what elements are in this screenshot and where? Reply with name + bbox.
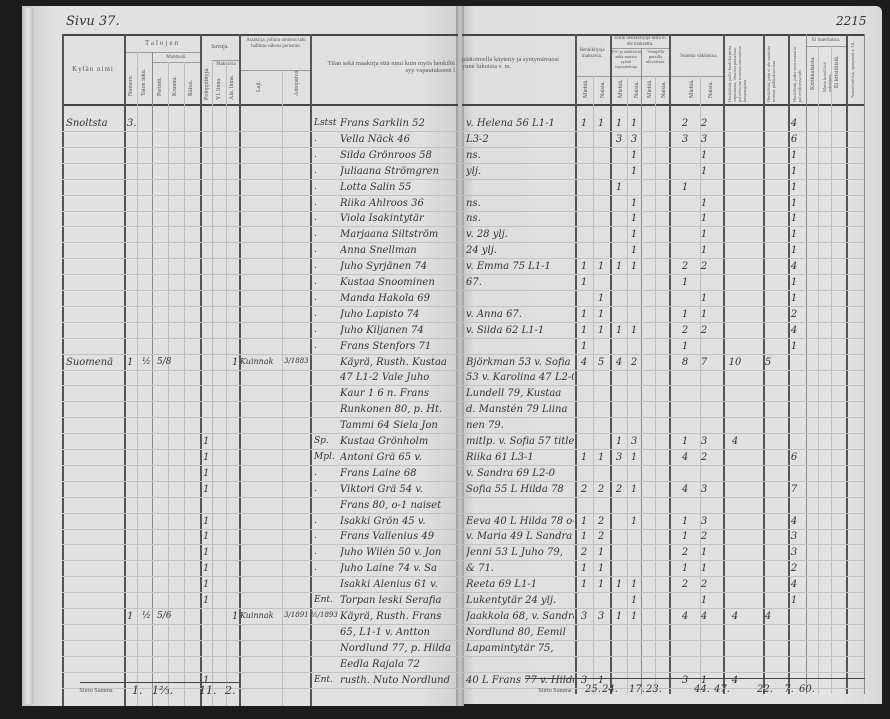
count-s-n: 1 bbox=[695, 150, 713, 161]
count-hm-m: 2 bbox=[575, 484, 593, 495]
count-hm-n: 2 bbox=[592, 484, 610, 495]
person-name: Kustaa Grönholm bbox=[340, 436, 428, 447]
person-name: Frans Laine 68 bbox=[340, 468, 417, 479]
count-ase: 1 bbox=[785, 213, 803, 224]
person-title: Ent. bbox=[314, 675, 333, 685]
person-title: . bbox=[314, 261, 317, 271]
count-v-n: 1 bbox=[625, 150, 643, 161]
entry-continuation: v. Silda 62 L1-1 bbox=[466, 325, 544, 336]
count-v-n: 3 bbox=[625, 436, 643, 447]
person-name: Juho Kiljanen 74 bbox=[340, 325, 424, 336]
doc-type: Kuinnak bbox=[240, 611, 273, 620]
count-s-n: 1 bbox=[695, 245, 713, 256]
header-miehia-2: Miehiä. bbox=[618, 82, 624, 98]
header-naisia-1: Naisia. bbox=[600, 82, 606, 98]
header-number: Numero. bbox=[128, 66, 134, 96]
entry-continuation: 24 ylj. bbox=[466, 245, 497, 256]
person-name: Manda Hakola 69 bbox=[340, 293, 430, 304]
house-number: 1 bbox=[127, 357, 133, 368]
page-number: 2215 bbox=[836, 14, 867, 28]
person-name: Viktori Grä 54 v. bbox=[340, 484, 423, 495]
header-kruunu: Kruunu. bbox=[172, 70, 178, 96]
house-number: 3. bbox=[127, 118, 137, 129]
count-s-m: 1 bbox=[676, 341, 694, 352]
entry-continuation: 53 v. Karolina 47 L2-0 bbox=[466, 372, 574, 383]
person-title: . bbox=[314, 182, 317, 192]
header-village-name: Kylän nimi bbox=[64, 66, 122, 74]
person-title: Ent. bbox=[314, 595, 333, 605]
entry-continuation: v. Maria 49 L Sandra 77 bbox=[466, 531, 574, 542]
count-v-n: 3 bbox=[625, 134, 643, 145]
header-col-b: Henkilöitä, joita ei ole mainittu muissa… bbox=[766, 38, 776, 102]
count-s-n: 2 bbox=[695, 452, 713, 463]
count-s-n: 1 bbox=[695, 198, 713, 209]
count-v-n: 1 bbox=[625, 245, 643, 256]
header-summa: Summa väkilukua. bbox=[680, 54, 718, 60]
header-tila: Tilan sekä maakirja että nimi kuin myös … bbox=[325, 60, 455, 74]
count-a: 4 bbox=[726, 611, 744, 622]
count-s-m: 4 bbox=[676, 452, 694, 463]
person-name: Isakki Grön 45 v. bbox=[340, 516, 426, 527]
footer-hm-m: 25. bbox=[584, 684, 602, 695]
person-name: Vella Näck 46 bbox=[340, 134, 410, 145]
entry-continuation: ns. bbox=[466, 198, 481, 209]
entry-continuation: d. Manstén 79 Liina bbox=[466, 404, 567, 415]
count-hm-m: 1 bbox=[575, 261, 593, 272]
count-ase: 1 bbox=[785, 341, 803, 352]
house-number: 1 bbox=[127, 611, 133, 622]
count-hm-n: 2 bbox=[592, 531, 610, 542]
manttaali-share: 5/8 bbox=[157, 357, 171, 367]
count-hm-m: 1 bbox=[575, 277, 593, 288]
count-hm-m: 1 bbox=[575, 118, 593, 129]
person-name: Tammi 64 Siela Jon bbox=[340, 420, 438, 431]
entry-continuation: Reeta 69 L1-1 bbox=[466, 579, 537, 590]
person-name: Marjaana Siltström bbox=[340, 229, 438, 240]
entry-continuation: Eeva 40 L Hilda 78 o-1 bbox=[466, 516, 574, 527]
count-s-m: 1 bbox=[676, 182, 694, 193]
house-share: ½ bbox=[142, 611, 151, 621]
entry-continuation: v. Emma 75 L1-1 bbox=[466, 261, 551, 272]
count-ase: 4 bbox=[785, 325, 803, 336]
entry-continuation: Riika 61 L3-1 bbox=[466, 452, 534, 463]
footer-b: 7. bbox=[780, 684, 798, 695]
count-v-n: 1 bbox=[625, 166, 643, 177]
entry-continuation: Jenni 53 L Juho 79, bbox=[466, 547, 563, 558]
person-title: . bbox=[314, 229, 317, 239]
person-name: Lotta Salin 55 bbox=[340, 182, 411, 193]
entry-continuation: Sofia 55 L Hilda 78 bbox=[466, 484, 564, 495]
count-s-m: 2 bbox=[676, 118, 694, 129]
footer-hm-n: 24. bbox=[601, 684, 619, 695]
doc-date: 3/1883 bbox=[284, 357, 309, 365]
savuja-count: 1 bbox=[203, 531, 209, 542]
count-s-m: 2 bbox=[676, 579, 694, 590]
count-ase: 1 bbox=[785, 245, 803, 256]
header-miehia-1: Miehiä. bbox=[583, 82, 589, 98]
count-hm-m: 1 bbox=[575, 341, 593, 352]
count-s-n: 1 bbox=[695, 166, 713, 177]
census-ledger-spread: Sivu 37. Kylän nimi Talojen Manttaali. N… bbox=[0, 0, 890, 719]
header-tila-cont: päätoimella käytetty ja syntymävuosi yun… bbox=[462, 56, 567, 70]
count-ase: 4 bbox=[785, 579, 803, 590]
header-yli-linna: Yl. linna. bbox=[216, 72, 222, 100]
person-name: Juho Lapisto 74 bbox=[340, 309, 419, 320]
entry-continuation: ns. bbox=[466, 213, 481, 224]
person-title: . bbox=[314, 213, 317, 223]
count-ase: 1 bbox=[785, 150, 803, 161]
count-ase: 3 bbox=[785, 547, 803, 558]
count-hm-n: 1 bbox=[592, 325, 610, 336]
header-miehia-4: Miehiä. bbox=[689, 82, 695, 98]
header-col-a: Henkilöitä, joille henkikirjoista vapaut… bbox=[727, 38, 747, 102]
count-v-n: 2 bbox=[625, 357, 643, 368]
person-name: Kaur 1 6 n. Frans bbox=[340, 388, 429, 399]
count-s-n: 1 bbox=[695, 595, 713, 606]
count-s-n: 1 bbox=[695, 293, 713, 304]
header-naisia-4: Naisia. bbox=[708, 82, 714, 98]
header-antopaiva: Antopäivä. bbox=[294, 74, 300, 96]
header-jotka-eivat: Joille henkikirjoja tästä ei ole maksett… bbox=[611, 36, 669, 47]
count-s-n: 3 bbox=[695, 484, 713, 495]
entry-continuation: mitlp. v. Sofia 57 titler bbox=[466, 436, 574, 447]
person-name: rusth. Nuto Nordlund bbox=[340, 675, 450, 686]
entry-continuation: v. Anna 67. bbox=[466, 309, 522, 320]
footer-s-m: 44. bbox=[693, 684, 711, 695]
person-title: . bbox=[314, 277, 317, 287]
count-b: 5 bbox=[759, 357, 777, 368]
footer-s-n: 47. bbox=[713, 684, 731, 695]
entry-continuation: v. Sandra 69 L2-0 bbox=[466, 468, 555, 479]
person-title: . bbox=[314, 341, 317, 351]
savuja-count: 1 bbox=[203, 595, 209, 606]
village-name: Suomenä bbox=[66, 357, 113, 368]
person-title: Lstst bbox=[314, 118, 336, 128]
person-title: . bbox=[314, 516, 317, 526]
count-s-n: 1 bbox=[695, 563, 713, 574]
person-name: Frans Vallenius 49 bbox=[340, 531, 434, 542]
count-s-m: 3 bbox=[676, 675, 694, 686]
person-title: . bbox=[314, 531, 317, 541]
count-s-m: 1 bbox=[676, 531, 694, 542]
count-ase: 1 bbox=[785, 229, 803, 240]
header-miehia-3: Miehiä. bbox=[647, 82, 653, 98]
header-house-name: Talon luku. bbox=[141, 66, 147, 96]
person-title: Sp. bbox=[314, 436, 329, 446]
count-s-m: 2 bbox=[676, 547, 694, 558]
count-ase: 1 bbox=[785, 277, 803, 288]
person-title: . bbox=[314, 309, 317, 319]
count-ase: 1 bbox=[785, 166, 803, 177]
count-s-m: 4 bbox=[676, 484, 694, 495]
count-s-n: 3 bbox=[695, 436, 713, 447]
count-hm-m: 1 bbox=[575, 579, 593, 590]
footer-house-total: 1⅔. bbox=[152, 684, 173, 697]
person-title: . bbox=[314, 484, 317, 494]
savuja-count: 1 bbox=[203, 579, 209, 590]
count-hm-m: 1 bbox=[575, 325, 593, 336]
footer-a: 22. bbox=[756, 684, 774, 695]
header-el-luterilaisia: Ei luterilaisia. bbox=[806, 38, 846, 44]
person-title: . bbox=[314, 150, 317, 160]
count-s-n: 2 bbox=[695, 531, 713, 542]
entry-continuation: Lapamintytär 75, bbox=[466, 643, 554, 654]
count-v-n: 1 bbox=[625, 229, 643, 240]
savuja-count: 1 bbox=[203, 468, 209, 479]
count-hm-m: 3 bbox=[575, 611, 593, 622]
person-name: Käyrä, Rusth. Kustaa bbox=[340, 357, 447, 368]
count-v-n: 1 bbox=[625, 118, 643, 129]
count-ase: 6 bbox=[785, 452, 803, 463]
count-ase: 6 bbox=[785, 134, 803, 145]
person-name: Frans Stenfors 71 bbox=[340, 341, 431, 352]
count-v-n: 1 bbox=[625, 198, 643, 209]
count-hm-m: 4 bbox=[575, 357, 593, 368]
entry-continuation: ylj. bbox=[466, 166, 481, 177]
count-ase: 2 bbox=[785, 309, 803, 320]
entry-continuation: Nordlund 80, Eemil bbox=[466, 627, 566, 638]
count-s-n: 1 bbox=[695, 309, 713, 320]
count-hm-n: 1 bbox=[592, 452, 610, 463]
page-edge bbox=[22, 8, 34, 704]
count-ase: 4 bbox=[785, 261, 803, 272]
entry-continuation: Lundell 79, Kustaa bbox=[466, 388, 561, 399]
person-name: Viola Isakintytär bbox=[340, 213, 424, 224]
count-s-n: 1 bbox=[695, 213, 713, 224]
header-ralssi: Rälssi. bbox=[188, 72, 194, 96]
header-savuja: Savuja. bbox=[201, 44, 239, 51]
count-ase: 7 bbox=[785, 484, 803, 495]
person-name: Anna Snellman bbox=[340, 245, 417, 256]
count-s-n: 2 bbox=[695, 261, 713, 272]
count-s-m: 1 bbox=[676, 563, 694, 574]
count-hm-m: 1 bbox=[575, 516, 593, 527]
header-houses: Talojen bbox=[125, 40, 200, 48]
count-s-n: 2 bbox=[695, 325, 713, 336]
count-v-n: 1 bbox=[625, 516, 643, 527]
count-hm-n: 5 bbox=[592, 357, 610, 368]
person-name: Juho Syrjänen 74 bbox=[340, 261, 427, 272]
header-naisia-3: Naisia. bbox=[661, 82, 667, 98]
count-hm-n: 1 bbox=[592, 563, 610, 574]
count-s-n: 7 bbox=[695, 357, 713, 368]
count-s-n: 1 bbox=[695, 547, 713, 558]
person-title: . bbox=[314, 245, 317, 255]
count-v-n: 1 bbox=[625, 325, 643, 336]
count-s-m: 1 bbox=[676, 277, 694, 288]
entry-continuation: v. Helena 56 L1-1 bbox=[466, 118, 555, 129]
count-v-n: 1 bbox=[625, 452, 643, 463]
manttaali-share: 5/6 bbox=[157, 611, 171, 621]
person-name: Runkonen 80, p. Ht. bbox=[340, 404, 442, 415]
person-name: Kustaa Snoominen bbox=[340, 277, 435, 288]
page-label: Sivu 37. bbox=[66, 14, 120, 29]
person-name: Eedla Rajala 72 bbox=[340, 659, 420, 670]
count-s-n: 3 bbox=[695, 134, 713, 145]
count-s-m: 3 bbox=[676, 134, 694, 145]
count-hm-n: 1 bbox=[592, 261, 610, 272]
entry-continuation: nen 79. bbox=[466, 420, 504, 431]
savuja-count: 1 bbox=[203, 563, 209, 574]
count-s-m: 4 bbox=[676, 611, 694, 622]
savuja-count: 1 bbox=[203, 452, 209, 463]
count-v-n: 1 bbox=[625, 261, 643, 272]
footer-v-n: 23. bbox=[645, 684, 663, 695]
count-s-n: 1 bbox=[695, 229, 713, 240]
house-share: ½ bbox=[142, 357, 151, 367]
header-ei-kristillisia: Ei kristillisiä. bbox=[834, 54, 840, 88]
footer-ase: 60. bbox=[798, 684, 816, 695]
doc-count: 1 bbox=[232, 357, 238, 368]
entry-continuation: v. 28 ylj. bbox=[466, 229, 508, 240]
person-name: Juho Wilén 50 v. Jon bbox=[340, 547, 441, 558]
person-title: . bbox=[314, 547, 317, 557]
count-v-n: 1 bbox=[625, 213, 643, 224]
entry-continuation: L3-2 bbox=[466, 134, 489, 145]
count-v-n: 1 bbox=[625, 595, 643, 606]
count-s-m: 1 bbox=[676, 516, 694, 527]
person-name: Riika Ahlroos 36 bbox=[340, 198, 424, 209]
footer-v-m: 17. bbox=[628, 684, 646, 695]
person-title: . bbox=[314, 325, 317, 335]
header-yli-ala: Yli- ja alaikäisiä sekä muista syistä va… bbox=[611, 50, 641, 70]
header-asevelvollisia: Asevelvollisia, syntyneet v. 18... bbox=[850, 38, 855, 98]
count-s-m: 1 bbox=[676, 309, 694, 320]
count-s-m: 1 bbox=[676, 436, 694, 447]
doc-type: Kuinnak bbox=[240, 357, 273, 366]
person-name: Käyrä, Rusth. Frans bbox=[340, 611, 441, 622]
person-name: 47 L1-2 Vale Juho bbox=[340, 372, 429, 383]
count-hm-m: 1 bbox=[575, 452, 593, 463]
header-laji: Laji. bbox=[256, 78, 262, 92]
count-s-n: 2 bbox=[695, 579, 713, 590]
count-a: 10 bbox=[726, 357, 744, 368]
doc-date: 3/1891 ½/1893 bbox=[284, 611, 338, 619]
count-s-m: 2 bbox=[676, 261, 694, 272]
person-name: Juho Laine 74 v. Sa bbox=[340, 563, 437, 574]
count-s-n: 2 bbox=[695, 118, 713, 129]
count-hm-n: 3 bbox=[592, 611, 610, 622]
person-name: Isakki Alenius 61 v. bbox=[340, 579, 438, 590]
person-name: Frans Sarklin 52 bbox=[340, 118, 425, 129]
count-s-m: 2 bbox=[676, 325, 694, 336]
count-hm-n: 1 bbox=[592, 118, 610, 129]
count-hm-n: 1 bbox=[592, 309, 610, 320]
count-ase: 4 bbox=[785, 516, 803, 527]
count-s-n: 3 bbox=[695, 516, 713, 527]
savuja-count: 1 bbox=[203, 516, 209, 527]
header-poleppa: Polopplittyjä. bbox=[204, 64, 210, 100]
person-title: . bbox=[314, 198, 317, 208]
person-name: Frans 80, o-1 naiset bbox=[340, 500, 441, 511]
doc-count: 1 bbox=[232, 611, 238, 622]
entry-continuation: Björkman 53 v. Sofia bbox=[466, 357, 571, 368]
count-ase: 3 bbox=[785, 531, 803, 542]
header-henkikirjoja-maksavia: Henkikirjoja maksavia. bbox=[575, 48, 609, 59]
count-hm-m: 1 bbox=[575, 563, 593, 574]
person-title: Mpl. bbox=[314, 452, 335, 462]
count-ase: 1 bbox=[785, 198, 803, 209]
header-kreikkalaisia: Kreikkalaisia. bbox=[810, 62, 816, 90]
count-hm-n: 1 bbox=[592, 293, 610, 304]
count-ase: 4 bbox=[785, 118, 803, 129]
entry-continuation: & 71. bbox=[466, 563, 494, 574]
count-v-n: 1 bbox=[625, 611, 643, 622]
person-name: Nordlund 77, p. Hilda bbox=[340, 643, 451, 654]
count-s-n: 4 bbox=[695, 611, 713, 622]
header-manttaali: Manttaali. bbox=[153, 55, 200, 61]
count-v-n: 1 bbox=[625, 579, 643, 590]
entry-continuation: 40 L Frans 77 v. Hilda 65 bbox=[466, 675, 574, 686]
count-v-m: 1 bbox=[610, 182, 628, 193]
person-name: 65, L1-1 v. Antton bbox=[340, 627, 430, 638]
savuja-count: 1 bbox=[203, 547, 209, 558]
header-ala-linna: Ala. linna. bbox=[229, 72, 235, 100]
person-title: . bbox=[314, 293, 317, 303]
footer-maksavia-total: 2. bbox=[225, 684, 236, 697]
person-name: Antoni Grä 65 v. bbox=[340, 452, 422, 463]
book-spine bbox=[456, 6, 464, 706]
person-name: Torpan leski Serafia bbox=[340, 595, 442, 606]
count-ase: 1 bbox=[785, 182, 803, 193]
village-name: Snoltsta bbox=[66, 118, 108, 129]
savuja-count: 1 bbox=[203, 436, 209, 447]
count-hm-m: 2 bbox=[575, 547, 593, 558]
count-ase: 1 bbox=[785, 293, 803, 304]
count-ase: 1 bbox=[785, 595, 803, 606]
person-name: Silda Grönroos 58 bbox=[340, 150, 432, 161]
header-naisia-2: Naisia. bbox=[634, 82, 640, 98]
footer-label-right: Siirto Summa bbox=[530, 688, 580, 695]
entry-continuation: 67. bbox=[466, 277, 482, 288]
count-ase: 2 bbox=[785, 563, 803, 574]
count-hm-m: 1 bbox=[575, 309, 593, 320]
header-perinto: Perintö. bbox=[157, 70, 163, 96]
count-b: 4 bbox=[759, 611, 777, 622]
header-venajalla: Venäjällä passilla olevalesta. bbox=[642, 50, 669, 65]
count-v-n: 1 bbox=[625, 484, 643, 495]
count-a: 4 bbox=[726, 436, 744, 447]
person-title: . bbox=[314, 134, 317, 144]
header-asiakirja: Asiakirja, jolloin omistus tahi hallinto… bbox=[241, 38, 311, 49]
footer-label-left: Siirto Summa bbox=[66, 688, 126, 695]
entry-continuation: Lukentytär 24 ylj. bbox=[466, 595, 556, 606]
person-title: . bbox=[314, 468, 317, 478]
count-hm-n: 2 bbox=[592, 516, 610, 527]
person-title: . bbox=[314, 563, 317, 573]
footer-savuja-total: 11. bbox=[199, 684, 217, 697]
entry-continuation: Jaakkola 68, v. Sandra bbox=[466, 611, 574, 622]
entry-continuation: ns. bbox=[466, 150, 481, 161]
footer-number-total: 1. bbox=[132, 684, 143, 697]
person-name: Juliaana Strömgren bbox=[340, 166, 439, 177]
count-hm-n: 1 bbox=[592, 579, 610, 590]
count-hm-m: 1 bbox=[575, 531, 593, 542]
savuja-count: 1 bbox=[203, 484, 209, 495]
count-hm-n: 1 bbox=[592, 547, 610, 558]
count-s-m: 8 bbox=[676, 357, 694, 368]
person-title: . bbox=[314, 166, 317, 176]
